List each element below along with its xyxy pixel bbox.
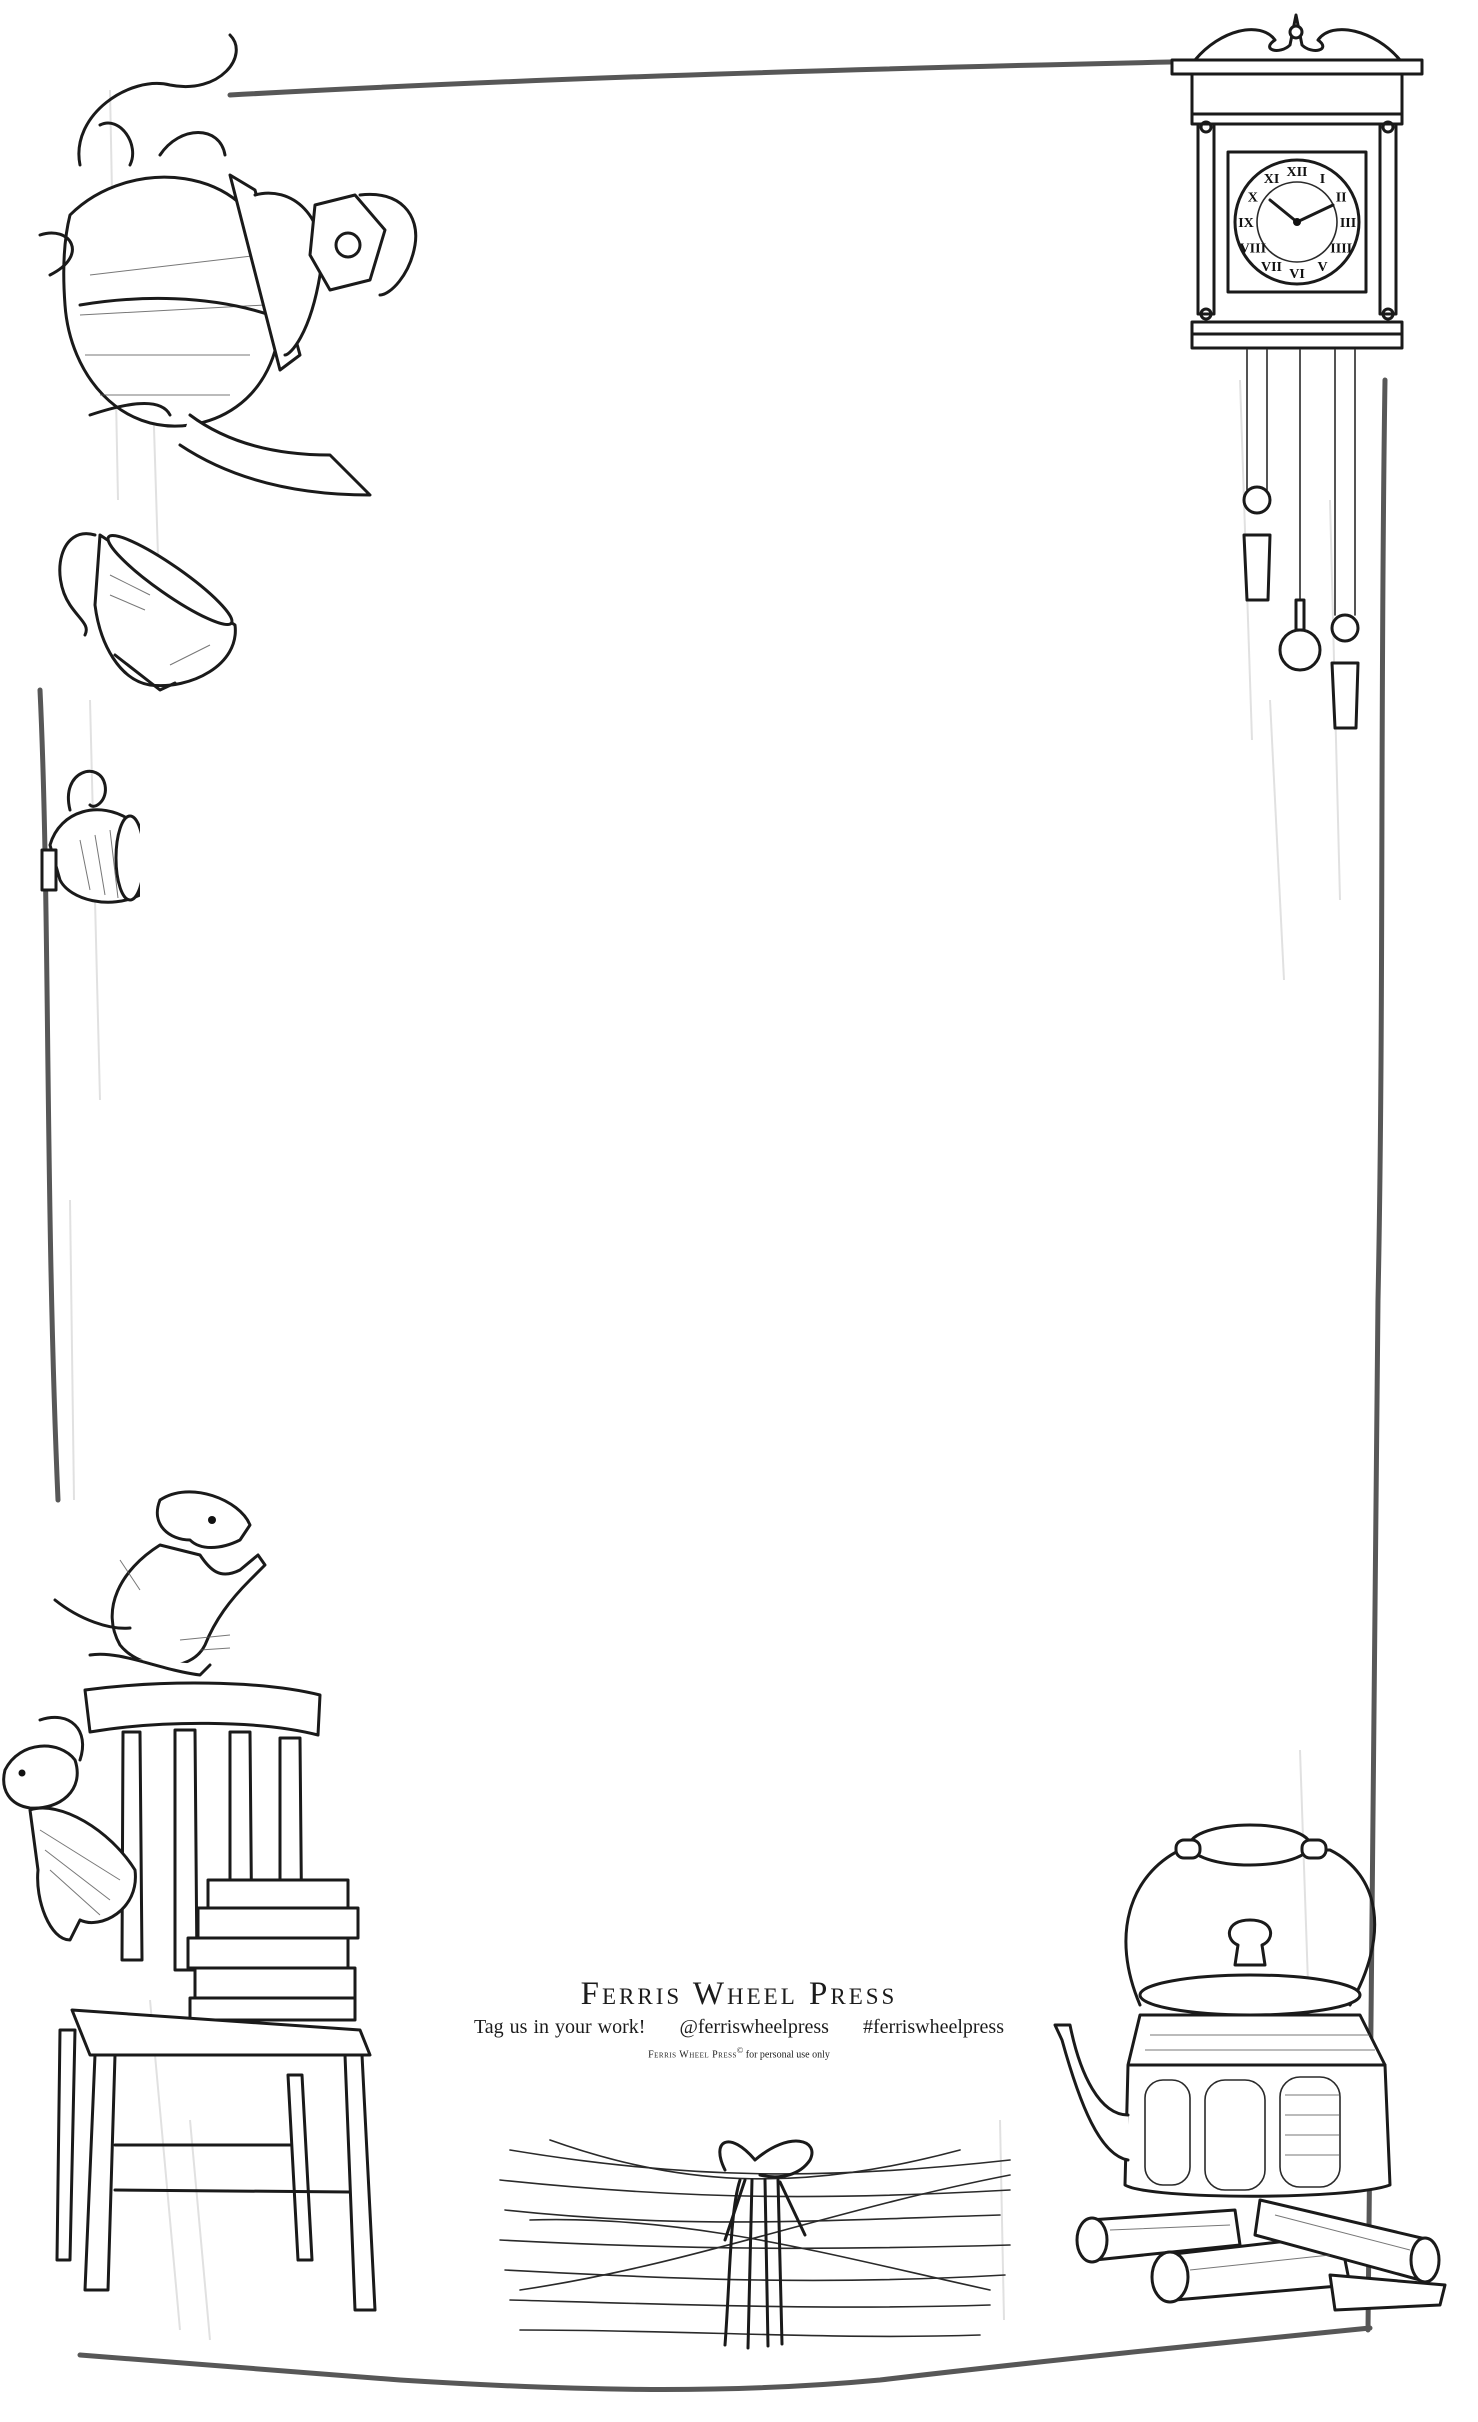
social-hashtag: #ferriswheelpress [863, 2016, 1004, 2038]
clock-numeral: VIII [1240, 242, 1266, 257]
grain-bundle-icon [490, 2120, 1030, 2370]
tag-prompt: Tag us in your work! [474, 2016, 645, 2038]
clock-numeral: I [1320, 172, 1325, 187]
clock-numeral: II [1336, 191, 1347, 206]
running-mouse-icon [55, 1492, 265, 1675]
clock-numeral: VII [1261, 260, 1282, 275]
clock-numeral: IX [1238, 216, 1254, 231]
clock-weights-icon [1230, 345, 1410, 735]
ornate-teapot-icon [10, 15, 440, 505]
clock-numeral: IIII [1330, 242, 1352, 257]
social-handle: @ferriswheelpress [679, 2016, 828, 2038]
legal-brand: Ferris Wheel Press [648, 2049, 737, 2060]
large-teacup-icon [40, 515, 250, 695]
brand-name: Ferris Wheel Press [0, 1976, 1478, 2013]
clock-numeral: V [1317, 260, 1327, 275]
usage-notice: Ferris Wheel Press© for personal use onl… [0, 2046, 1478, 2060]
clock-numeral: X [1248, 191, 1258, 206]
wall-clock-icon: XIIIIIIIIIIIIVVIVIIVIIIIXXXI [1160, 0, 1478, 360]
kettle-on-fire-icon [1050, 1815, 1470, 2315]
legal-text: for personal use only [743, 2049, 830, 2060]
clock-numeral: III [1340, 216, 1356, 231]
social-tagline: Tag us in your work! @ferriswheelpress #… [0, 2016, 1478, 2039]
chair-with-mice-icon [0, 1470, 400, 2370]
clock-numeral: XII [1286, 165, 1307, 180]
mitten-mouse-icon [4, 1717, 136, 1940]
clock-numeral: VI [1289, 267, 1305, 282]
clock-numeral: XI [1264, 172, 1280, 187]
small-teacup-icon [30, 750, 140, 910]
